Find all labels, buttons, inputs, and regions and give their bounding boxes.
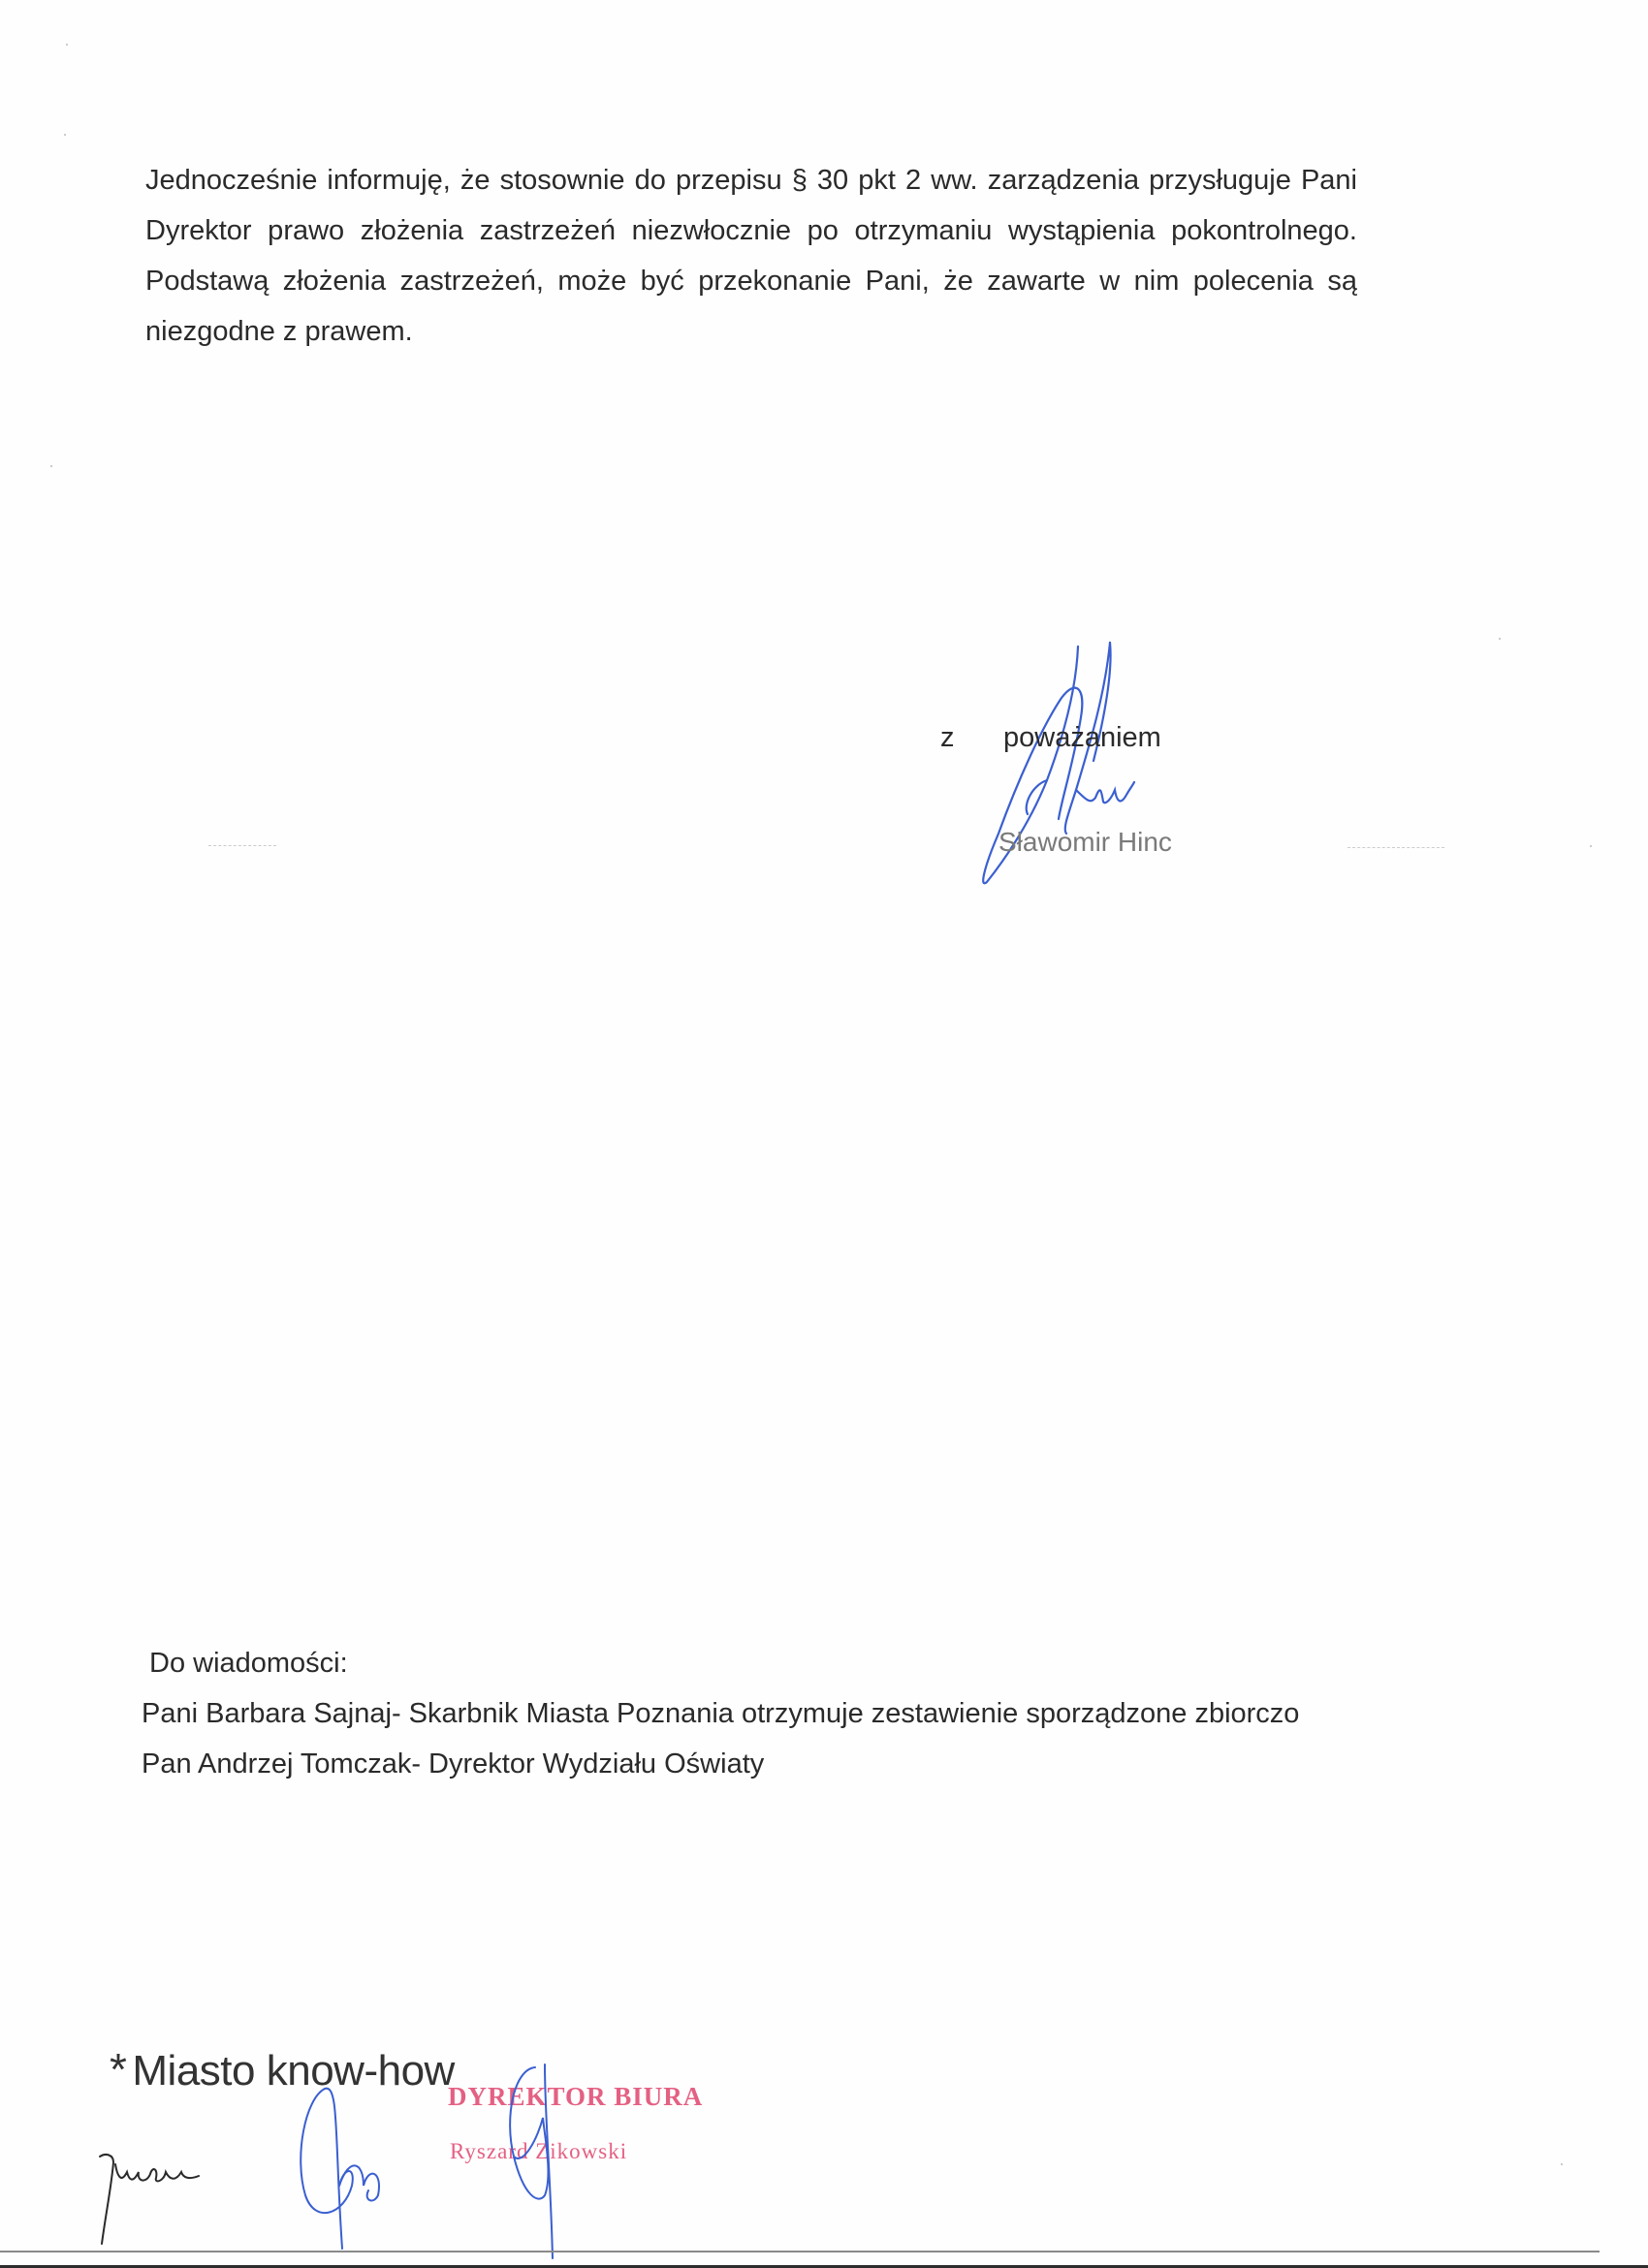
initials-blue-left <box>286 2079 431 2253</box>
cc-block: Do wiadomości: Pani Barbara Sajnaj- Skar… <box>142 1638 1299 1789</box>
closing-prefix: z <box>940 722 1003 754</box>
scan-speck <box>50 465 52 467</box>
closing-word: poważaniem <box>1003 722 1161 753</box>
cc-recipient: Pani Barbara Sajnaj- Skarbnik Miasta Poz… <box>142 1688 1299 1739</box>
scan-dash <box>208 845 276 847</box>
scan-speck <box>1499 638 1501 640</box>
page-bottom-edge <box>0 2251 1600 2252</box>
scan-speck <box>66 44 68 46</box>
initials-black <box>92 2147 247 2253</box>
scan-speck <box>1590 845 1592 847</box>
scan-speck <box>1561 2163 1563 2165</box>
scan-dash <box>1347 847 1444 849</box>
cc-recipient: Pan Andrzej Tomczak- Dyrektor Wydziału O… <box>142 1739 1299 1789</box>
closing-phrase: zpoważaniem <box>940 722 1161 754</box>
body-paragraph: Jednocześnie informuję, że stosownie do … <box>145 155 1357 357</box>
initials-blue-right <box>485 2060 591 2263</box>
cc-heading: Do wiadomości: <box>142 1638 1299 1688</box>
scan-speck <box>64 134 66 136</box>
document-page: Jednocześnie informuję, że stosownie do … <box>0 0 1648 2268</box>
asterisk-icon: * <box>110 2044 126 2095</box>
signer-name: Sławomir Hinc <box>998 827 1172 858</box>
